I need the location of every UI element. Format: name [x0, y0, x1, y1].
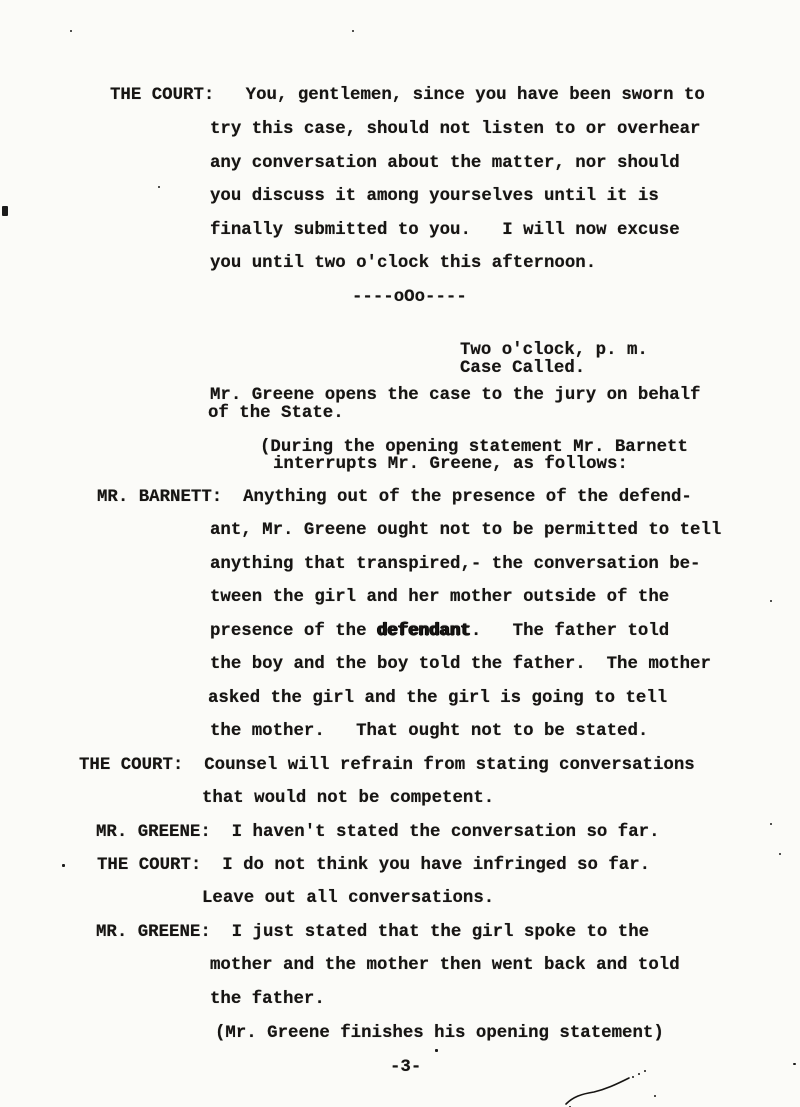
- ink-speck: [435, 1049, 438, 1052]
- transcript-line: MR. BARNETT: Anything out of the presenc…: [97, 488, 692, 508]
- transcript-line: Leave out all conversations.: [202, 889, 494, 909]
- ink-speck: [779, 853, 781, 855]
- ink-speck: [62, 864, 65, 867]
- transcript-line: you until two o'clock this afternoon.: [210, 254, 596, 274]
- pen-dot: [644, 1070, 646, 1072]
- page-number: -3-: [390, 1058, 421, 1078]
- transcript-line: you discuss it among yourselves until it…: [210, 187, 659, 207]
- transcript-line: of the State.: [208, 404, 344, 424]
- ink-speck: [2, 206, 8, 216]
- transcript-page: THE COURT: You, gentlemen, since you hav…: [0, 0, 800, 1107]
- transcript-line: try this case, should not listen to or o…: [210, 120, 701, 140]
- transcript-line: THE COURT: I do not think you have infri…: [97, 856, 650, 876]
- transcript-line: any conversation about the matter, nor s…: [210, 154, 680, 174]
- transcript-line: asked the girl and the girl is going to …: [208, 689, 667, 709]
- transcript-line: Two o'clock, p. m.: [460, 341, 648, 361]
- ink-speck: [352, 30, 354, 32]
- line-segment: . The father told: [471, 622, 669, 641]
- transcript-line: anything that transpired,- the conversat…: [210, 555, 701, 575]
- transcript-line: THE COURT: Counsel will refrain from sta…: [79, 756, 695, 776]
- transcript-line: the mother. That ought not to be stated.: [210, 722, 648, 742]
- transcript-line: tween the girl and her mother outside of…: [210, 588, 669, 608]
- pen-dot: [638, 1073, 640, 1075]
- transcript-line: ant, Mr. Greene ought not to be permitte…: [210, 521, 721, 541]
- transcript-line: Case Called.: [460, 359, 585, 379]
- ink-speck: [770, 823, 772, 825]
- ink-speck: [770, 600, 772, 602]
- transcript-line: (Mr. Greene finishes his opening stateme…: [215, 1024, 664, 1044]
- transcript-line: the father.: [210, 990, 325, 1010]
- pen-dot: [632, 1076, 634, 1078]
- transcript-line: that would not be competent.: [202, 789, 494, 809]
- transcript-line: MR. GREENE: I just stated that the girl …: [96, 923, 649, 943]
- transcript-line: MR. GREENE: I haven't stated the convers…: [96, 823, 660, 843]
- pen-dot: [654, 1095, 656, 1097]
- line-segment: presence of the: [210, 622, 377, 641]
- transcript-line: presence of the defendant. The father to…: [210, 622, 669, 642]
- transcript-line: the boy and the boy told the father. The…: [210, 655, 711, 675]
- transcript-line: THE COURT: You, gentlemen, since you hav…: [110, 86, 705, 106]
- transcript-line: mother and the mother then went back and…: [210, 956, 680, 976]
- pen-stroke-path: [566, 1078, 629, 1104]
- transcript-line: interrupts Mr. Greene, as follows:: [273, 455, 628, 475]
- transcript-line: finally submitted to you. I will now exc…: [210, 221, 680, 241]
- overstruck-word: defendant: [377, 622, 471, 641]
- section-separator: ----oOo----: [352, 288, 467, 308]
- pen-stroke-dots: [569, 1070, 656, 1107]
- ink-speck: [158, 186, 160, 188]
- ink-speck: [70, 30, 72, 32]
- ink-speck: [793, 1063, 796, 1065]
- transcript-line: Mr. Greene opens the case to the jury on…: [210, 386, 701, 406]
